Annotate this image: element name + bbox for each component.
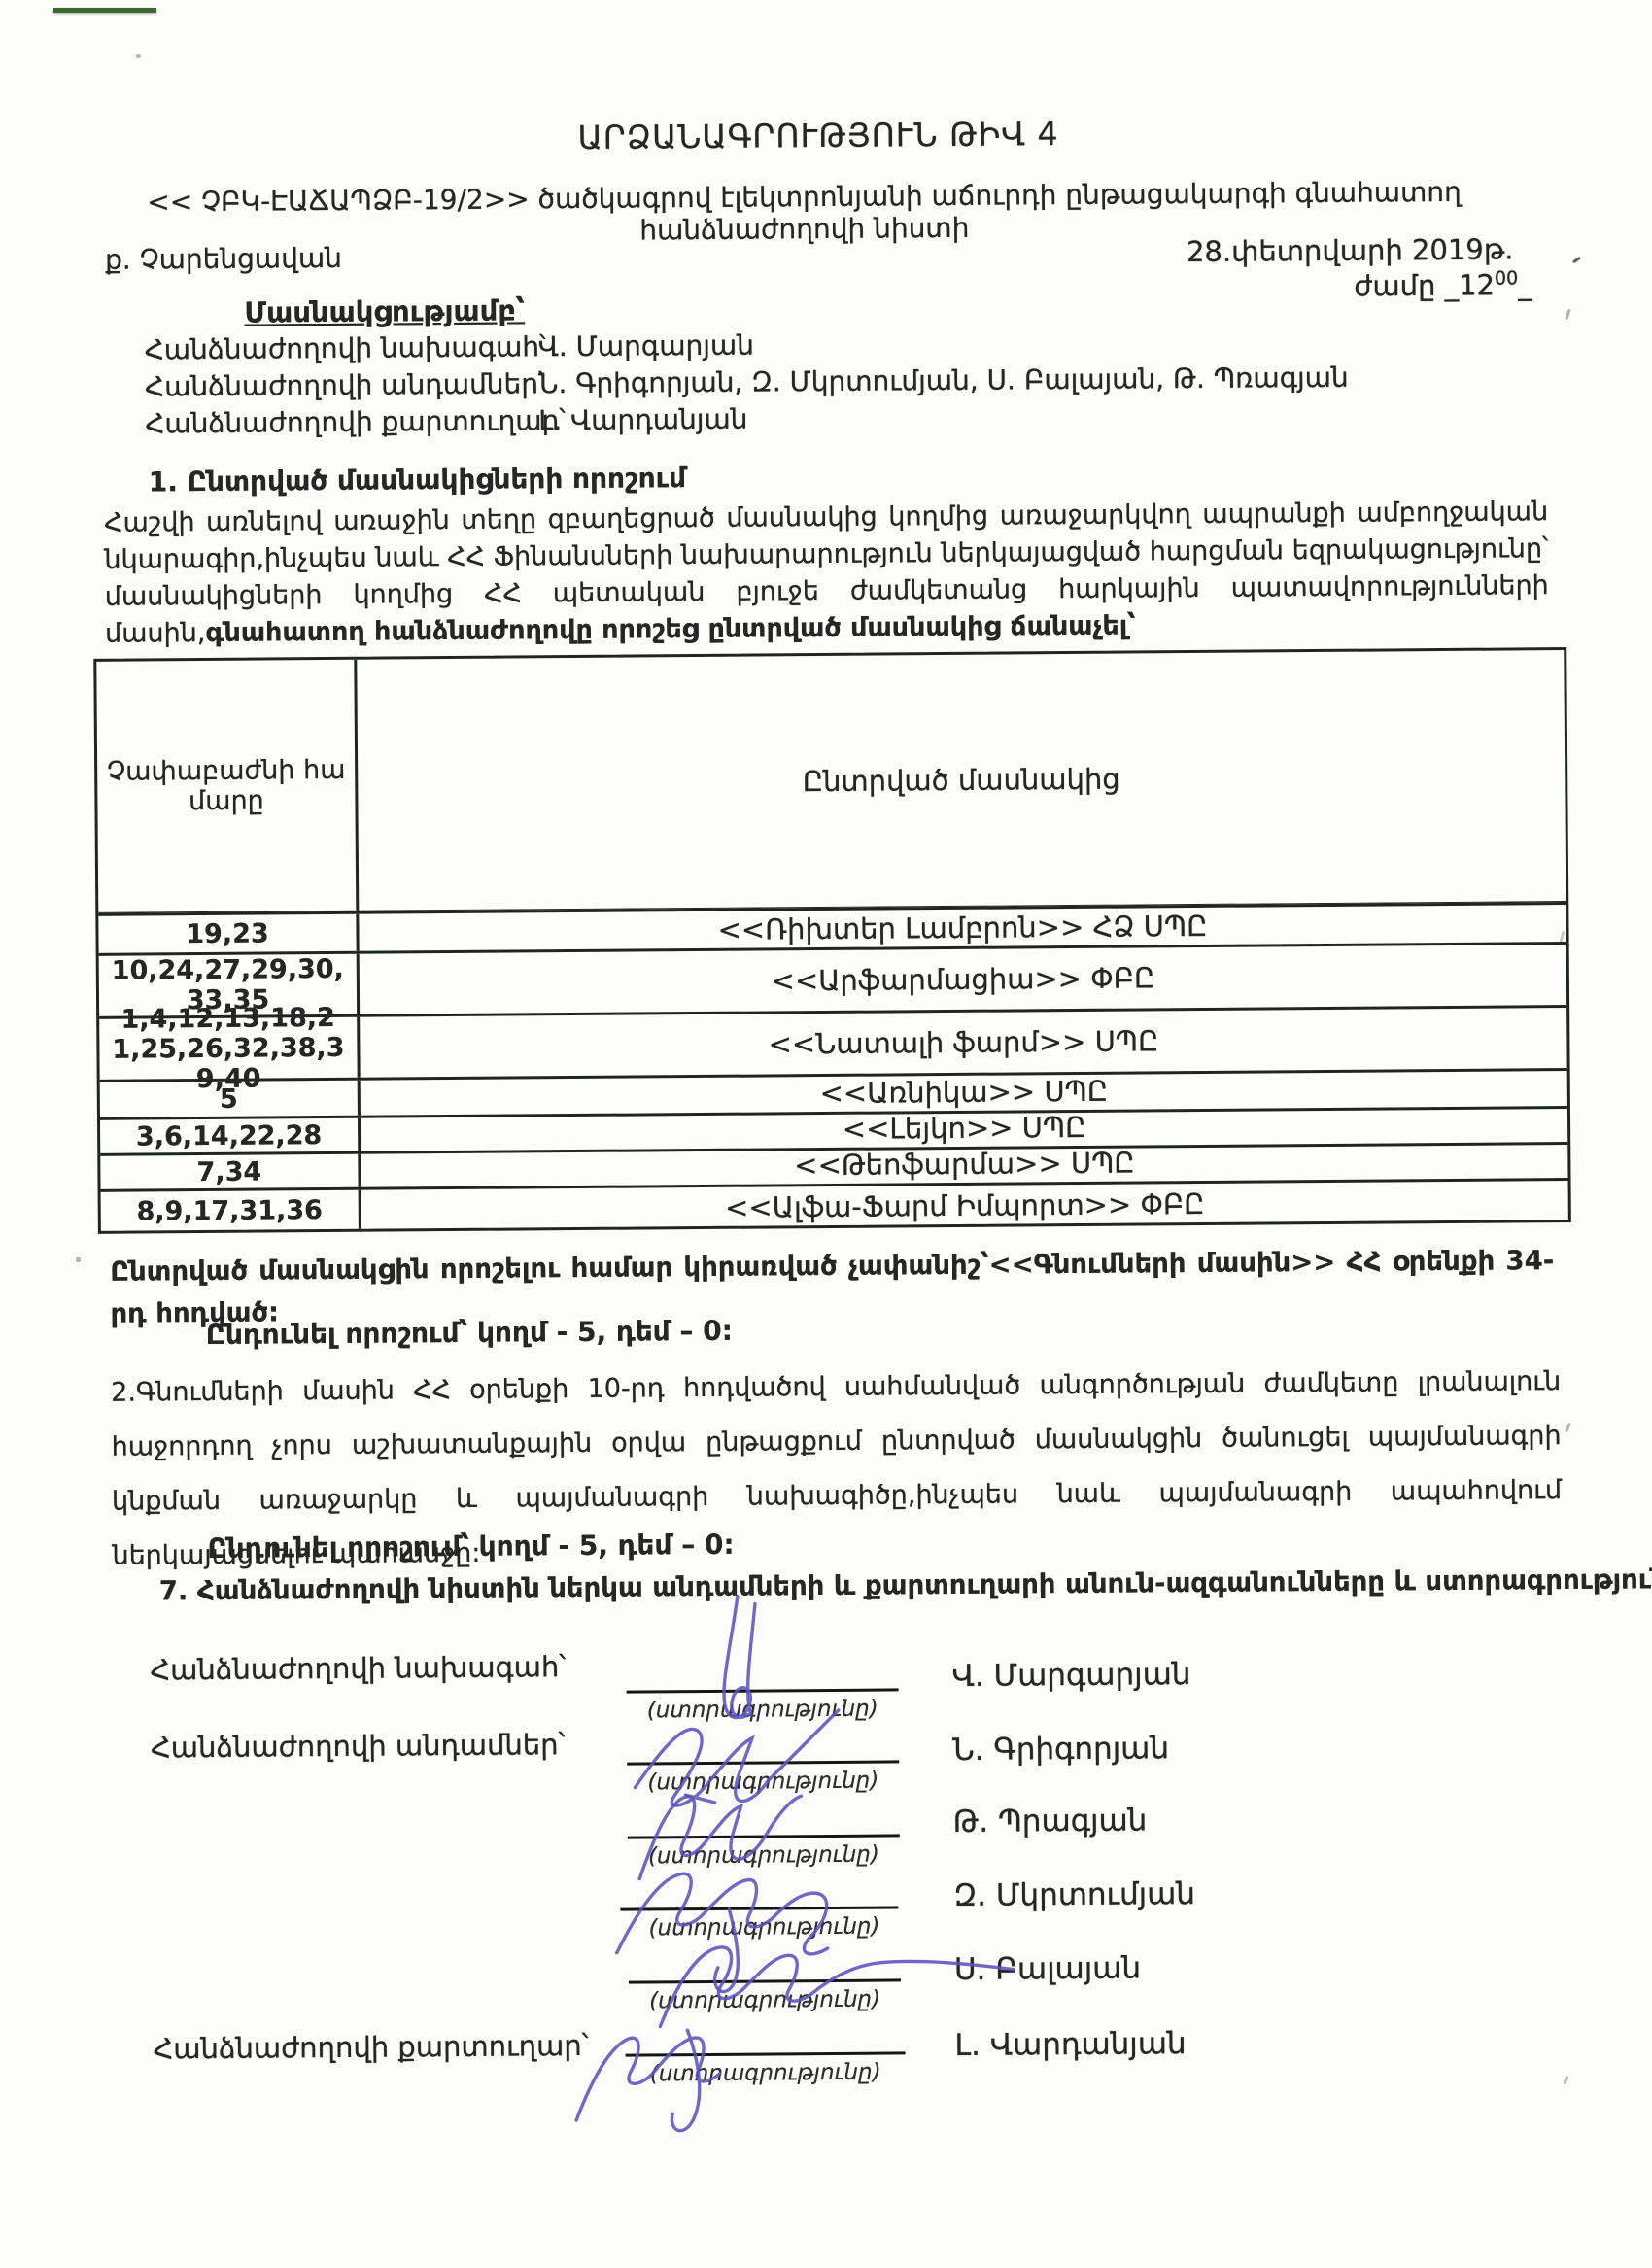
lot-numbers-cell: 8,9,17,31,36 [101,1190,361,1231]
document-content: ԱՐՁԱՆԱԳՐՈՒԹՅՈՒՆ ԹԻՎ 4 << ՉԲԿ-ԷԱՃԱՊՁԲ-19/… [0,0,1652,2268]
column-header-selected-participant: Ընտրված մասնակից [357,650,1566,911]
signature-caption: (ստորագրությունը) [628,1841,900,1869]
signature-role-label: Հանձնաժողովի անդամներ՝ [151,1728,566,1764]
participant-role-label: Հանձնաժողովի նախագահ՝ [145,330,546,365]
time-suffix: _ [1518,268,1532,301]
lot-numbers-cell: 1,4,12,13,18,21,25,26,32,38,39,40 [99,1017,360,1080]
page-title: ԱՐՁԱՆԱԳՐՈՒԹՅՈՒՆ ԹԻՎ 4 [0,110,1644,160]
participants-row: Հանձնաժողովի քարտուղար՝ Լ. Վարդանյան [0,0,1643,7]
signatory-name: Ն. Գրիգորյան [952,1731,1169,1768]
lot-numbers-cell: 7,34 [100,1154,361,1189]
participant-name: Լ. Վարդանյան [538,403,747,437]
participant-cell: <<Նատալի ֆարմ>> ՍՊԸ [360,1008,1566,1078]
signature-role-label: Հանձնաժողովի նախագահ՝ [150,1650,566,1686]
participant-role-label: Հանձնաժողովի քարտուղար՝ [145,404,566,439]
participants-heading: Մասնակցությամբ՝ [244,293,525,328]
table-row: 1,4,12,13,18,21,25,26,32,38,39,40 <<Նատա… [99,1005,1566,1080]
lot-numbers-cell: 5 [100,1081,361,1117]
signature-caption: (ստորագրությունը) [630,2059,902,2086]
signatory-name: Վ. Մարգարյան [951,1657,1190,1694]
signature-line [627,1688,899,1693]
section1-paragraph: Հաշվի առնելով առաջին տեղը զբաղեցրած մասն… [104,494,1549,653]
signature-line [620,1906,898,1910]
participant-name: Ն. Գրիգորյան, Զ. Մկրտումյան, Ս. Բալայան,… [538,361,1349,400]
signature-role-label: Հանձնաժողովի քարտուղար՝ [153,2029,588,2066]
city-label: ք. Չարենցավան [105,242,342,276]
section1-heading: 1. Ընտրված մասնակիցների որոշում [149,462,686,498]
signature-line [627,1760,899,1765]
lot-numbers-cell: 3,6,14,22,28 [100,1118,361,1153]
selected-participants-table: Չափաբաժնի համարը Ընտրված մասնակից 19,23 … [93,647,1571,1234]
time-label: ժամը _1200_ [1354,267,1532,302]
signature-caption: (ստորագրությունը) [627,1768,899,1795]
column-header-lot-number: Չափաբաժնի համարը [96,660,359,912]
signatory-name: Լ. Վարդանյան [954,2026,1186,2063]
signature-line [629,1978,901,1983]
participants-row: Հանձնաժողովի անդամներ՝ Ն. Գրիգորյան, Զ. … [0,0,1643,7]
scanned-document-page: ԱՐՁԱՆԱԳՐՈՒԹՅՈՒՆ ԹԻՎ 4 << ՉԲԿ-ԷԱՃԱՊՁԲ-19/… [0,0,1652,2268]
time-prefix: ժամը _12 [1354,268,1495,302]
section1-decision: գնահատող հանձնաժողովը որոշեց ընտրված մաս… [205,610,1135,648]
participant-role-label: Հանձնաժողովի անդամներ՝ [145,367,545,402]
participant-cell: <<Արֆարմացիա>> ՓԲԸ [360,945,1566,1014]
signatory-name: Թ. Պրագյան [953,1803,1148,1839]
signature-caption: (ստորագրությունը) [627,1696,899,1723]
date-label: 28.փետրվարի 2019թ. [1187,232,1514,268]
participant-name: Վ. Մարգարյան [538,329,754,363]
table-header-row: Չափաբաժնի համարը Ընտրված մասնակից [96,650,1566,913]
time-superscript: 00 [1495,267,1518,289]
signatory-name: Զ. Մկրտումյան [953,1876,1195,1913]
vote-result-line: Ընդունել որոշում՝ կողմ - 5, դեմ – 0: [206,1315,733,1351]
lot-numbers-cell: 19,23 [98,914,359,953]
vote-result-line: Ընդունել որոշում՝ կողմ - 5, դեմ – 0: [207,1529,734,1564]
signature-caption: (ստորագրությունը) [628,1913,900,1941]
signatory-name: Ս. Բալայան [954,1950,1141,1987]
participants-row: Հանձնաժողովի նախագահ՝ Վ. Մարգարյան [0,0,1643,7]
participant-cell: <<Ալֆա-Ֆարմ Իմպորտ>> ՓԲԸ [361,1181,1568,1229]
signature-caption: (ստորագրությունը) [629,1986,901,2013]
signature-line [626,2051,906,2056]
signature-line [628,1834,900,1838]
